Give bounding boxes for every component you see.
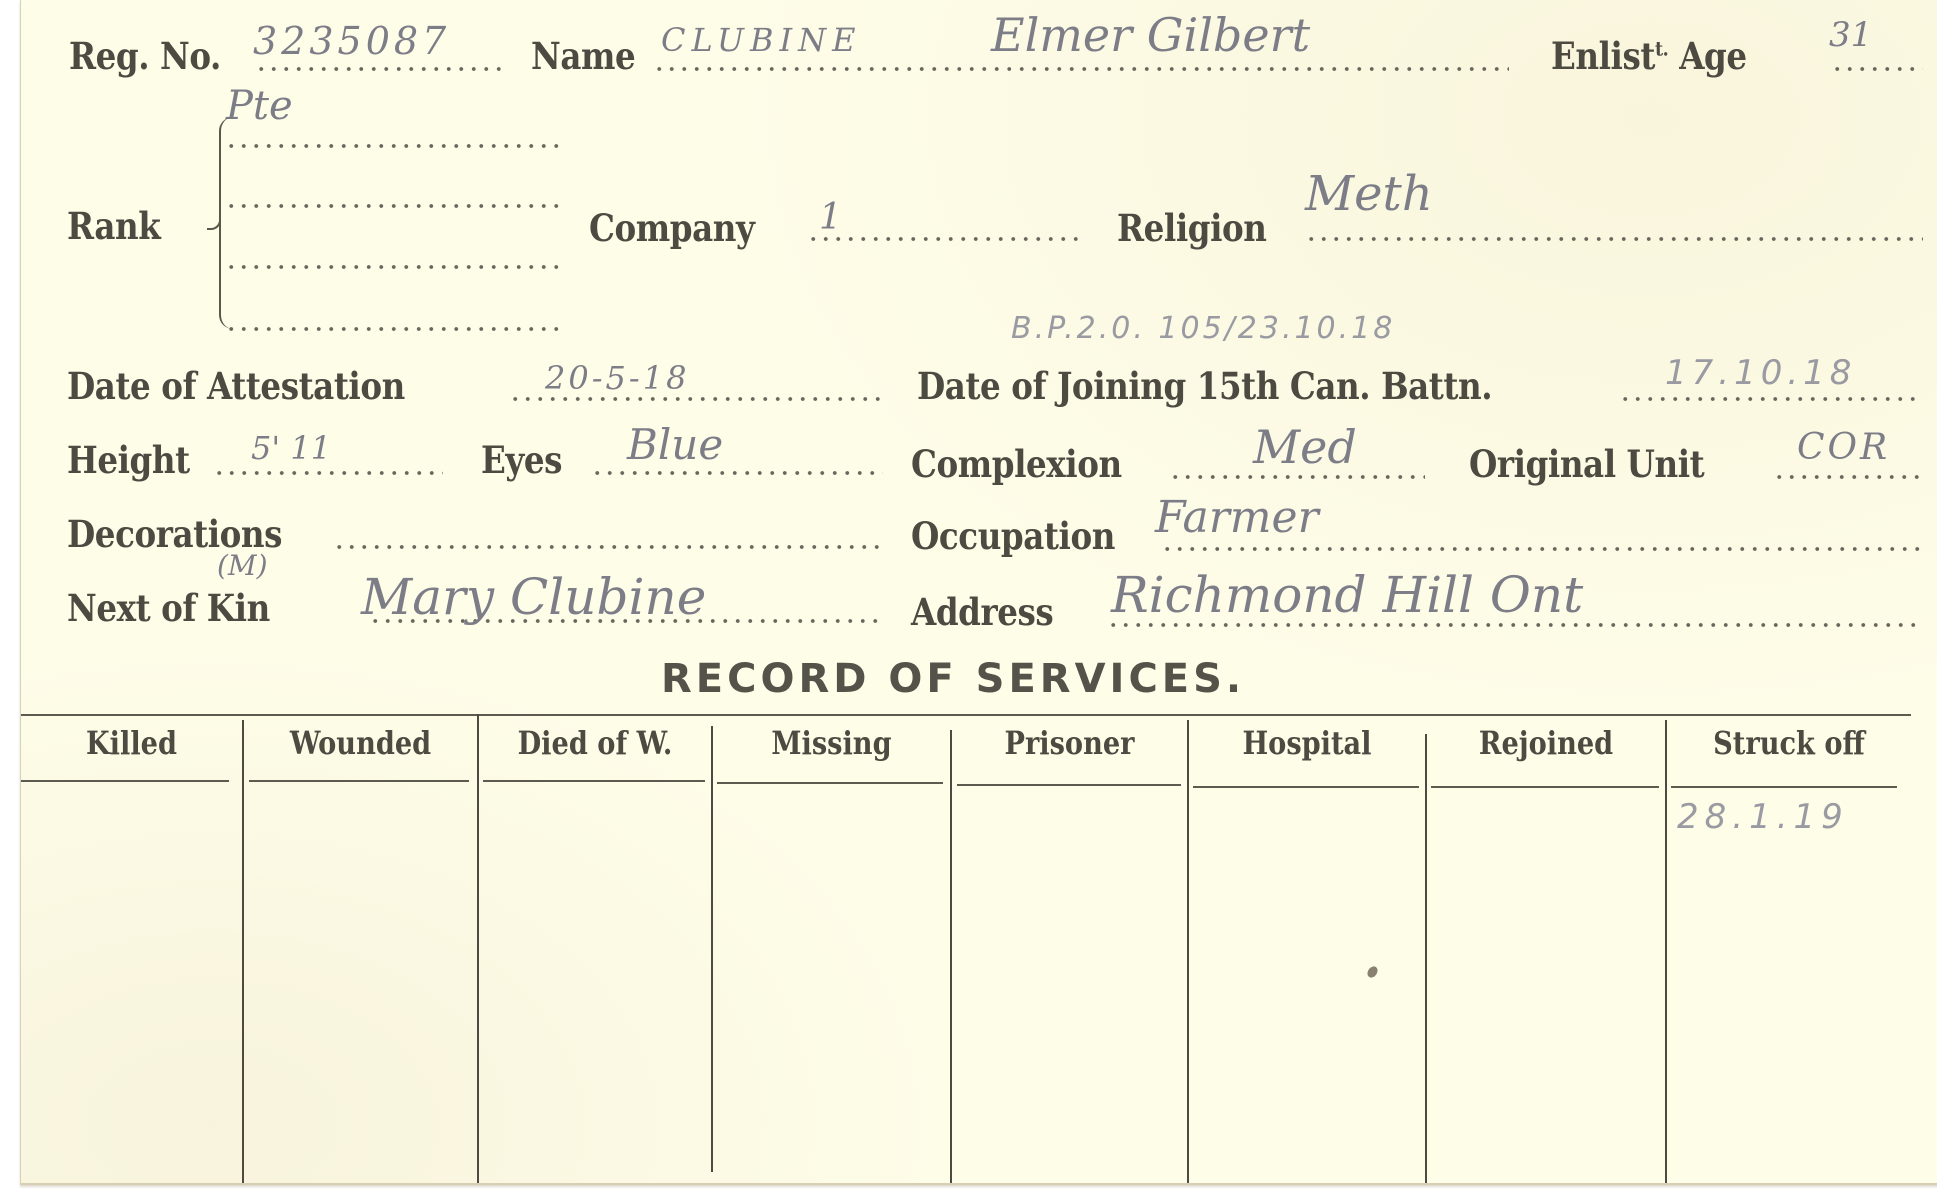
column-header-wounded: Wounded (261, 727, 459, 759)
company-value: 1 (819, 200, 842, 236)
enlist-age-label: Enlistt. Age (1551, 38, 1747, 75)
given-names-value: Elmer Gilbert (991, 12, 1310, 58)
rank-dotted-line-2 (225, 203, 563, 209)
surname-value: CLUBINE (661, 24, 861, 56)
header-underline-3 (483, 780, 705, 782)
enlist-age-dotted-line (1831, 66, 1923, 72)
column-divider-2 (477, 714, 479, 1183)
address-label: Address (911, 594, 1053, 631)
rank-dotted-line-1 (225, 143, 563, 149)
height-label: Height (67, 442, 190, 479)
name-label: Name (531, 38, 635, 75)
bpo-annotation: B.P.2.0. 105/23.10.18 (1011, 314, 1395, 344)
eyes-dotted-line (591, 470, 883, 476)
height-value: 5' 11 (251, 432, 331, 464)
next-of-kin-relation: (M) (217, 552, 268, 580)
complexion-label: Complexion (911, 446, 1122, 483)
attestation-value: 20-5-18 (545, 362, 689, 394)
column-divider-3 (711, 726, 713, 1172)
complexion-dotted-line (1169, 474, 1425, 480)
company-label: Company (589, 210, 754, 247)
joining-dotted-line (1619, 396, 1923, 402)
service-record-card: Reg. No. 3235087 Name CLUBINE Elmer Gilb… (20, 0, 1937, 1185)
occupation-value: Farmer (1155, 496, 1319, 540)
ink-spot (1365, 965, 1379, 980)
occupation-label: Occupation (911, 518, 1115, 555)
rank-label: Rank (67, 208, 160, 245)
religion-label: Religion (1117, 210, 1267, 247)
column-divider-7 (1665, 720, 1667, 1183)
column-header-rejoined: Rejoined (1445, 727, 1647, 759)
joining-label: Date of Joining 15th Can. Battn. (917, 368, 1492, 405)
struck-off-value: 28.1.19 (1677, 800, 1849, 834)
reg-no-value: 3235087 (253, 22, 450, 60)
record-of-services-title: RECORD OF SERVICES. (661, 656, 1245, 702)
company-dotted-line (807, 236, 1085, 242)
occupation-dotted-line (1161, 546, 1923, 552)
attestation-label: Date of Attestation (67, 368, 405, 405)
address-value: Richmond Hill Ont (1111, 570, 1583, 620)
next-of-kin-label: Next of Kin (67, 590, 270, 627)
column-header-prisoner: Prisoner (970, 727, 1170, 759)
complexion-value: Med (1253, 424, 1357, 470)
original-unit-dotted-line (1773, 474, 1923, 480)
header-underline-8 (1671, 786, 1897, 788)
eyes-label: Eyes (481, 442, 562, 479)
original-unit-label: Original Unit (1469, 446, 1704, 483)
height-dotted-line (213, 470, 443, 476)
header-underline-6 (1193, 786, 1419, 788)
header-underline-1 (21, 780, 229, 782)
rank-value: Pte (226, 86, 293, 126)
reg-no-label: Reg. No. (69, 38, 221, 75)
next-of-kin-value: Mary Clubine (361, 572, 706, 622)
enlist-age-value: 31 (1829, 18, 1872, 52)
original-unit-value: COR (1797, 430, 1890, 466)
header-underline-7 (1431, 786, 1659, 788)
column-divider-4 (950, 730, 952, 1183)
column-divider-5 (1187, 720, 1189, 1183)
column-header-died-of-wounds: Died of W. (496, 727, 693, 759)
header-underline-4 (717, 782, 943, 784)
column-header-hospital: Hospital (1207, 727, 1408, 759)
name-dotted-line (653, 66, 1509, 72)
header-underline-5 (957, 784, 1181, 786)
religion-value: Meth (1305, 170, 1433, 218)
column-divider-1 (242, 720, 244, 1183)
rank-dotted-line-3 (225, 264, 563, 270)
rank-dotted-line-4 (225, 326, 563, 332)
joining-value: 17.10.18 (1665, 356, 1856, 390)
reg-no-dotted-line (255, 66, 501, 72)
decorations-label: Decorations (67, 516, 282, 553)
decorations-dotted-line (333, 544, 883, 550)
header-underline-2 (249, 780, 469, 782)
column-header-missing: Missing (731, 727, 932, 759)
column-header-struck-off: Struck off (1685, 727, 1892, 759)
table-top-rule (21, 714, 1911, 716)
religion-dotted-line (1305, 236, 1923, 242)
eyes-value: Blue (627, 424, 723, 466)
column-divider-6 (1425, 734, 1427, 1183)
column-header-killed: Killed (38, 727, 226, 759)
